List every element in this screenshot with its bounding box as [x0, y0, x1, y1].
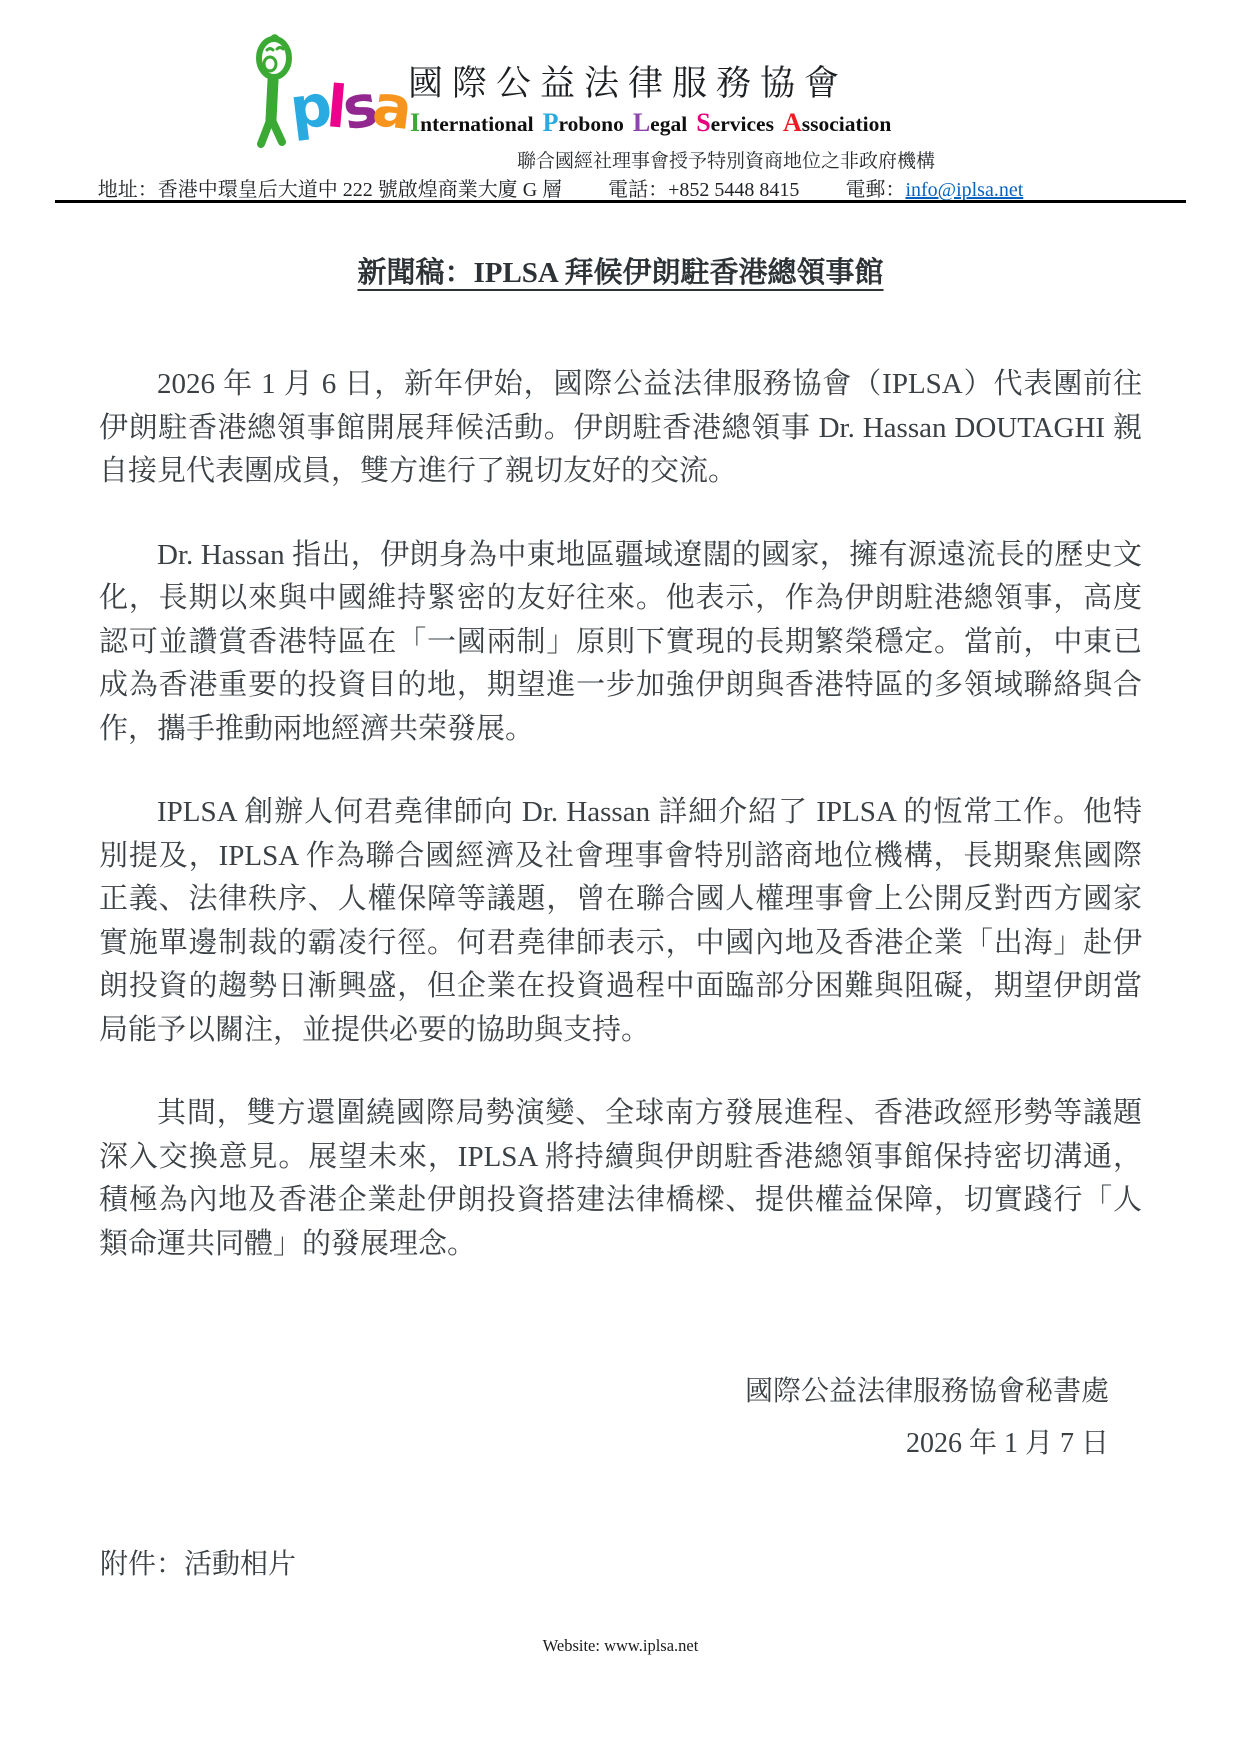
- iplsa-logo-letters: p l s a: [290, 78, 412, 136]
- body-paragraph: 2026 年 1 月 6 日，新年伊始，國際公益法律服務協會（IPLSA）代表團…: [99, 363, 1142, 494]
- email-item: 電郵：info@iplsa.net: [845, 173, 1023, 202]
- header-rule: [55, 200, 1186, 203]
- org-en-initial-i: I: [410, 108, 420, 137]
- org-en-initial-a: A: [783, 108, 802, 137]
- org-en-rest: ssociation: [802, 112, 892, 136]
- document-body: 新聞稿：IPLSA 拜候伊朗駐香港總領事館 2026 年 1 月 6 日，新年伊…: [0, 250, 1241, 1582]
- contact-line: 地址：香港中環皇后大道中 222 號啟煌商業大廈 G 層 電話：+852 544…: [0, 173, 1241, 202]
- body-paragraph: IPLSA 創辦人何君堯律師向 Dr. Hassan 詳細介紹了 IPLSA 的…: [99, 791, 1142, 1052]
- phone-number: +852 5448 8415: [668, 179, 799, 201]
- org-en-initial-s: S: [696, 108, 710, 137]
- org-en-word-probono: Probono: [543, 112, 624, 136]
- org-name-english: InternationalProbonoLegalServicesAssocia…: [410, 108, 900, 138]
- org-en-word-services: Services: [696, 112, 774, 136]
- press-release-page: p l s a 國際公益法律服務協會 InternationalProbonoL…: [0, 0, 1241, 1755]
- org-en-word-international: International: [410, 112, 534, 136]
- footer-website: Website: www.iplsa.net: [0, 1636, 1241, 1656]
- org-en-initial-l: L: [633, 108, 650, 137]
- org-en-rest: robono: [559, 112, 624, 136]
- attachment-note: 附件：活動相片: [100, 1542, 1241, 1582]
- press-release-title: 新聞稿：IPLSA 拜候伊朗駐香港總領事館: [0, 250, 1241, 291]
- org-en-word-legal: Legal: [633, 112, 687, 136]
- body-paragraph: Dr. Hassan 指出，伊朗身為中東地區疆域遼闊的國家，擁有源遠流長的歷史文…: [99, 534, 1142, 752]
- address-item: 地址：香港中環皇后大道中 222 號啟煌商業大廈 G 層: [98, 173, 562, 202]
- email-label: 電郵：: [845, 179, 905, 201]
- body-paragraph: 其間，雙方還圍繞國際局勢演變、全球南方發展進程、香港政經形勢等議題深入交換意見。…: [99, 1092, 1142, 1266]
- phone-item: 電話：+852 5448 8415: [608, 173, 799, 202]
- org-en-rest: nternational: [420, 112, 533, 136]
- signature-date: 2026 年 1 月 7 日: [0, 1418, 1109, 1470]
- org-name-chinese: 國際公益法律服務協會: [408, 56, 848, 106]
- un-status-line: 聯合國經社理事會授予特別資商地位之非政府機構: [517, 146, 935, 173]
- org-en-rest: egal: [650, 112, 687, 136]
- org-en-initial-p: P: [543, 108, 559, 137]
- address-text: 香港中環皇后大道中 222 號啟煌商業大廈 G 層: [158, 179, 562, 201]
- signature-org: 國際公益法律服務協會秘書處: [0, 1366, 1109, 1418]
- email-link[interactable]: info@iplsa.net: [905, 179, 1023, 201]
- signature-block: 國際公益法律服務協會秘書處 2026 年 1 月 7 日: [0, 1366, 1109, 1470]
- address-label: 地址：: [98, 179, 158, 201]
- iplsa-logo: p l s a: [250, 34, 412, 152]
- org-en-word-association: Association: [783, 112, 891, 136]
- org-en-rest: ervices: [711, 112, 774, 136]
- phone-label: 電話：: [608, 179, 668, 201]
